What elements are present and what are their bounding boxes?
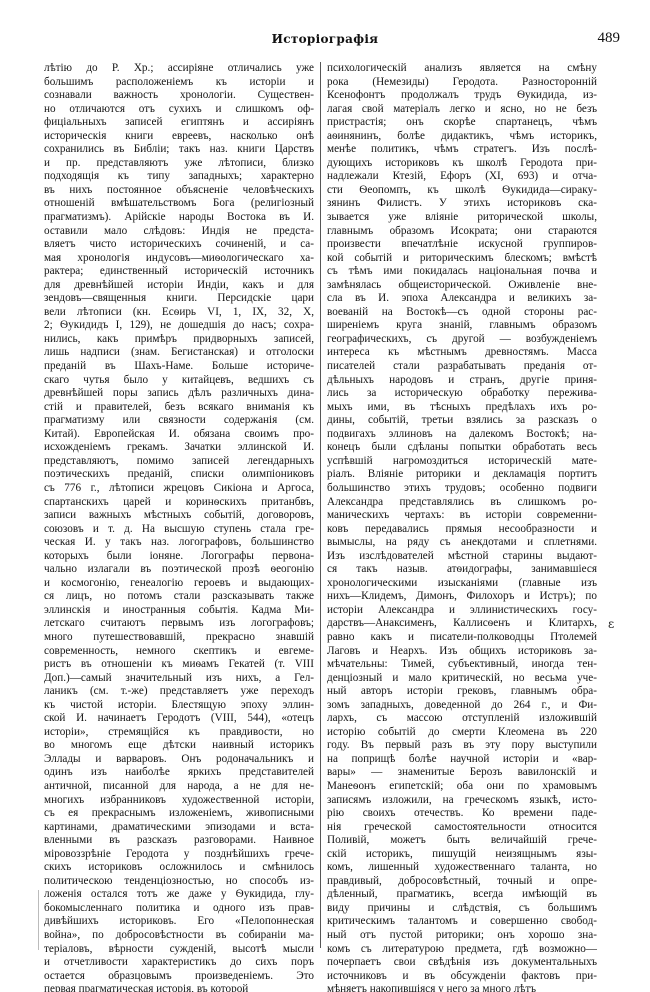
text-line: виду причины и слѣдствія, съ большимъ: [327, 902, 597, 916]
text-line: Китай). Европейская И. обязана своимъ пр…: [44, 428, 314, 442]
running-header-title: Исторіографія: [260, 32, 390, 46]
text-line: ся такъ назыв. атѳидографы, занимавшіеся: [327, 563, 597, 577]
text-line: представляютъ, помимо записей легендарны…: [44, 455, 314, 469]
text-line: комъ съ литературою предмета, гдѣ возмож…: [327, 943, 597, 957]
text-line: прагматизму или связности содержанія (см…: [44, 414, 314, 428]
text-line: картинами, драматическими эпизодами и вс…: [44, 821, 314, 835]
text-line: теріаловъ, вѣрности сужденій, высотѣ мыс…: [44, 943, 314, 957]
text-line: оставили мало слѣдовъ: Индія не предста-: [44, 225, 314, 239]
margin-rule: [38, 890, 39, 950]
text-line: бокомысленнаго политика и одного изъ пра…: [44, 902, 314, 916]
text-line: Эллады и варваровъ. Онъ родоначальникъ и: [44, 753, 314, 767]
text-line: ріалъ. Вліяніе риторики и декламація пор…: [327, 468, 597, 482]
text-line: древнѣйшей поры запись дѣлъ различныхъ д…: [44, 387, 314, 401]
text-line: историческія книги евреевъ, насколько он…: [44, 130, 314, 144]
text-line: ширеніемъ круга знаній, главнымъ образом…: [327, 319, 597, 333]
text-line: мыхъ ими, въ тѣсныхъ предѣлахъ ихъ ро-: [327, 401, 597, 415]
handwritten-margin-mark: ɛ: [608, 617, 614, 631]
text-line: пристрастія; онъ скорѣе спартанецъ, чѣмъ: [327, 116, 597, 130]
text-line: къ чистой исторіи. Блестящую эпоху эллин…: [44, 699, 314, 713]
page-number: 489: [598, 30, 621, 47]
text-line: воеваній на Востокѣ—съ одной стороны рас…: [327, 306, 597, 320]
text-line: съ тѣмъ ими покидалась національная почв…: [327, 265, 597, 279]
text-line: исхожденіемъ грекамъ. Зачатки эллинской …: [44, 441, 314, 455]
text-line: конецъ были сдѣланы попытки обработать в…: [327, 441, 597, 455]
text-line: античной, писанной для народа, а не для …: [44, 780, 314, 794]
text-line: маническихъ чертахъ: въ исторіи современ…: [327, 509, 597, 523]
text-line: съ 776 г., лѣтописи жрецовъ Сикіона и Ар…: [44, 482, 314, 496]
text-line: современность, немного скептикъ и евгеме…: [44, 645, 314, 659]
text-line: ристъ въ отношеніи къ миѳамъ Гекатей (т.…: [44, 658, 314, 672]
text-line: исторію событій до смерти Клеомена въ 22…: [327, 726, 597, 740]
text-line: дующихъ историковъ къ школѣ Геродота при…: [327, 157, 597, 171]
text-line: вымыслы, на ряду съ анекдотами и сплетня…: [327, 536, 597, 550]
text-line: писателей стали разрабатывать преданія о…: [327, 360, 597, 374]
text-line: многихъ избранниковъ художественной исто…: [44, 794, 314, 808]
text-line: политическою тенденціозностью, но способ…: [44, 875, 314, 889]
text-line: аѳинянинъ, болѣе дидактикъ, чѣмъ историк…: [327, 130, 597, 144]
text-line: лись за историческую обработку пережива-: [327, 387, 597, 401]
text-line: отношеній вмѣшательствомъ Бога (религіоз…: [44, 197, 314, 211]
text-line: записи важныхъ мѣстныхъ событій, договор…: [44, 509, 314, 523]
text-line: сла въ И. эпоха Александра и великихъ за…: [327, 292, 597, 306]
text-line: записямъ изложили, на греческомъ языкѣ, …: [327, 794, 597, 808]
text-line: вляетъ чисто историческихъ сочиненій, и …: [44, 238, 314, 252]
text-line: Манеѳонъ египетскій; оба они по храмовым…: [327, 780, 597, 794]
left-text-column: лѣтію до Р. Хр.; ассиріяне отличались уж…: [44, 62, 314, 992]
text-line: много путешествовавшій, прекрасно знавші…: [44, 631, 314, 645]
text-line: Лаговъ и Неархъ. Изъ общихъ историковъ з…: [327, 645, 597, 659]
text-line: чально излагали въ поэтической прозѣ ѳео…: [44, 563, 314, 577]
text-line: ковъ передавались прямыя несообразности …: [327, 523, 597, 537]
text-line: во многомъ еще дѣтски наивный историкъ: [44, 739, 314, 753]
text-line: ложенія остался тотъ же даже у Ѳукидида,…: [44, 888, 314, 902]
text-line: исторіи Александра и эллинистическихъ го…: [327, 604, 597, 618]
text-line: успѣвшій нагромоздиться историческій мат…: [327, 455, 597, 469]
text-line: дѣленный, прагматикъ, всегда имѣющій въ: [327, 888, 597, 902]
text-line: прагматизмъ). Арійскіе народы Востока въ…: [44, 211, 314, 225]
text-line: надлежали Ктезій, Ефоръ (XI, 693) и отча…: [327, 170, 597, 184]
text-line: въ нихъ постоянное объясненіе человѣческ…: [44, 184, 314, 198]
text-line: съ ея прекраснымъ изложеніемъ, живописны…: [44, 807, 314, 821]
text-line: ской И. начинаетъ Геродотъ (VIII, 544), …: [44, 712, 314, 726]
text-line: рію своихъ отечествъ. Ко времени паде-: [327, 807, 597, 821]
text-line: первая прагматическая исторія, въ которо…: [44, 983, 314, 992]
text-line: сознавали важность хронологіи. Существен…: [44, 89, 314, 103]
text-line: психологическій анализъ является на смѣн…: [327, 62, 597, 76]
text-line: Александра представлялись въ слишкомъ ро…: [327, 496, 597, 510]
text-line: вели лѣтописи (кн. Есѳирь VI, 1, IX, 32,…: [44, 306, 314, 320]
text-line: Изъ изслѣдователей мѣстной старины выдаю…: [327, 550, 597, 564]
text-line: ся лицъ, но потомъ стали разсказывать та…: [44, 590, 314, 604]
text-line: скаго чутья было у китайцевъ, ведшихъ съ: [44, 374, 314, 388]
text-line: и космогонію, генеалогію героевъ и выдаю…: [44, 577, 314, 591]
text-line: для древнѣйшей исторіи Индіи, какъ и для: [44, 279, 314, 293]
text-line: нія греческой самостоятельности относитс…: [327, 821, 597, 835]
text-line: источниковъ и въ обсужденіи фактовъ при-: [327, 970, 597, 984]
text-line: и отчетливости характеристикъ до сихъ по…: [44, 956, 314, 970]
text-line: нихъ—Клидемъ, Димонъ, Филохоръ и Истръ);…: [327, 590, 597, 604]
text-line: мая хронологія индусовъ—миѳологическаго …: [44, 252, 314, 266]
text-line: рактера; единственный историческій источ…: [44, 265, 314, 279]
text-line: лархъ, съ массою отступленій изложившій: [327, 712, 597, 726]
text-line: Доп.)—самый значительный изъ нихъ, а Гел…: [44, 672, 314, 686]
text-line: лѣтію до Р. Хр.; ассиріяне отличались уж…: [44, 62, 314, 76]
text-line: 2; Ѳукидидъ I, 129), не дошедшія до насъ…: [44, 319, 314, 333]
text-line: мѣчательны: Тимей, субъективный, иногда …: [327, 658, 597, 672]
text-line: летскаго считаютъ первымъ изъ логографов…: [44, 617, 314, 631]
text-line: менѣе политикъ, чѣмъ стратегъ. Изъ послѣ…: [327, 143, 597, 157]
text-line: дарствъ—Анаксименъ, Каллисѳенъ и Клитарх…: [327, 617, 597, 631]
text-line: на поприщѣ болѣе научной исторіи и «вар-: [327, 753, 597, 767]
text-line: скій историкъ, пишущій неизящнымъ язы-: [327, 848, 597, 862]
right-text-column: психологическій анализъ является на смѣн…: [327, 62, 597, 992]
text-line: и пр. представляютъ уже лѣтописи, близко: [44, 157, 314, 171]
text-line: большинство этихъ трудовъ; особенно подв…: [327, 482, 597, 496]
text-line: союзовъ и т. д. На высшую ступень стала …: [44, 523, 314, 537]
text-line: зывается уже вліяніе риторической школы,: [327, 211, 597, 225]
text-line: ческая И. у такъ наз. логографовъ, больш…: [44, 536, 314, 550]
text-line: замѣнялась общеисторической. Оживленіе в…: [327, 279, 597, 293]
text-line: но отличаются отъ сухихъ и слишкомъ оф-: [44, 103, 314, 117]
text-line: Ксенофонтъ продолжалъ трудъ Ѳукидида, из…: [327, 89, 597, 103]
document-page: Исторіографія 489 лѣтію до Р. Хр.; ассир…: [0, 0, 650, 992]
text-line: одинъ изъ наиболѣе яркихъ представителей: [44, 766, 314, 780]
text-line: эллинскія и иностранныя событія. Кадма М…: [44, 604, 314, 618]
text-line: произвести впечатлѣніе искусной группиро…: [327, 238, 597, 252]
text-line: ный отъ пустой риторики; онъ хорошо зна-: [327, 929, 597, 943]
text-line: міровоззрѣніе Геродота у позднѣйшихъ гре…: [44, 848, 314, 862]
text-line: денціозный и мало критическій, но весьма…: [327, 672, 597, 686]
text-line: спартанскихъ царей и коринѳскихъ пританб…: [44, 496, 314, 510]
text-line: ный авторъ исторіи грековъ, главнымъ обр…: [327, 685, 597, 699]
text-line: скихъ историковъ осложнилось и смѣнилось: [44, 861, 314, 875]
text-line: дѣльныхъ народовъ и странъ, другіе приня…: [327, 374, 597, 388]
text-line: преданій въ Шахъ-Наме. Больше историче-: [44, 360, 314, 374]
text-line: главнымъ образомъ Исократа; они стараютс…: [327, 225, 597, 239]
text-line: равно какъ и писатели-полководцы Птолеме…: [327, 631, 597, 645]
text-line: мѣняетъ накопившіяся у него за много лѣт…: [327, 983, 597, 992]
text-line: Поливій, можетъ быть величайшій грече-: [327, 834, 597, 848]
text-line: лагая свой матеріалъ легко и ясно, но не…: [327, 103, 597, 117]
text-line: дивѣйшихъ историковъ. Его «Пелопоннеская: [44, 915, 314, 929]
text-line: лишь надписи (знам. Бегистанская) и отго…: [44, 346, 314, 360]
text-line: которыхъ были іоняне. Логографы первона-: [44, 550, 314, 564]
text-line: стій и правителей, безъ всякаго вниманія…: [44, 401, 314, 415]
column-divider: [320, 62, 321, 948]
text-line: хронологическими изысканіями (главные из…: [327, 577, 597, 591]
text-line: война», по добросовѣстности въ собираніи…: [44, 929, 314, 943]
text-line: почерпаетъ свои свѣдѣнія изъ документаль…: [327, 956, 597, 970]
text-line: сти Ѳеопомпъ, къ школѣ Ѳукидида—сиракy-: [327, 184, 597, 198]
text-line: сохранились въ Библіи; такъ наз. книги Ц…: [44, 143, 314, 157]
text-line: рока (Немезиды) Геродота. Разносторонній: [327, 76, 597, 90]
text-line: фиціальныхъ записей египтянъ и ассиріянъ: [44, 116, 314, 130]
text-line: комъ, лишенный художественнаго таланта, …: [327, 861, 597, 875]
text-line: подходящія къ типу западныхъ; характерно: [44, 170, 314, 184]
text-line: критическимъ талантомъ и совершенно своб…: [327, 915, 597, 929]
text-line: географическихъ, съ другой — возбужденіе…: [327, 333, 597, 347]
text-line: году. Въ первый разъ въ эту пору выступи…: [327, 739, 597, 753]
text-line: остается образцовымъ произведеніемъ. Это: [44, 970, 314, 984]
text-line: кой событій и риторическимъ блескомъ; вм…: [327, 252, 597, 266]
text-line: исторіи», стремящійся къ правдивости, но: [44, 726, 314, 740]
text-line: нились, какъ примѣръ придворныхъ записей…: [44, 333, 314, 347]
text-line: правдивый, добросовѣстный, точный и опре…: [327, 875, 597, 889]
text-line: зомъ западныхъ, доведенной до 264 г., и …: [327, 699, 597, 713]
text-line: ланикъ (см. т.-же) представляетъ уже пер…: [44, 685, 314, 699]
text-line: вленными въ разсказъ разговорами. Наивно…: [44, 834, 314, 848]
text-line: вары» — знаменитые Берозъ вавилонскій и: [327, 766, 597, 780]
text-line: большимъ расположеніемъ къ исторіи и: [44, 76, 314, 90]
text-line: поэтическихъ преданій, списки олимпіоник…: [44, 468, 314, 482]
text-line: интереса къ мѣстнымъ древностямъ. Масса: [327, 346, 597, 360]
text-line: дины, событій, третьи взялись за разсказ…: [327, 414, 597, 428]
text-line: зянинъ Филистъ. У этихъ историковъ ска-: [327, 197, 597, 211]
text-line: зендовъ—священныя книги. Персидскіе цари: [44, 292, 314, 306]
text-line: подвигахъ эллиновъ на далекомъ Востокѣ; …: [327, 428, 597, 442]
